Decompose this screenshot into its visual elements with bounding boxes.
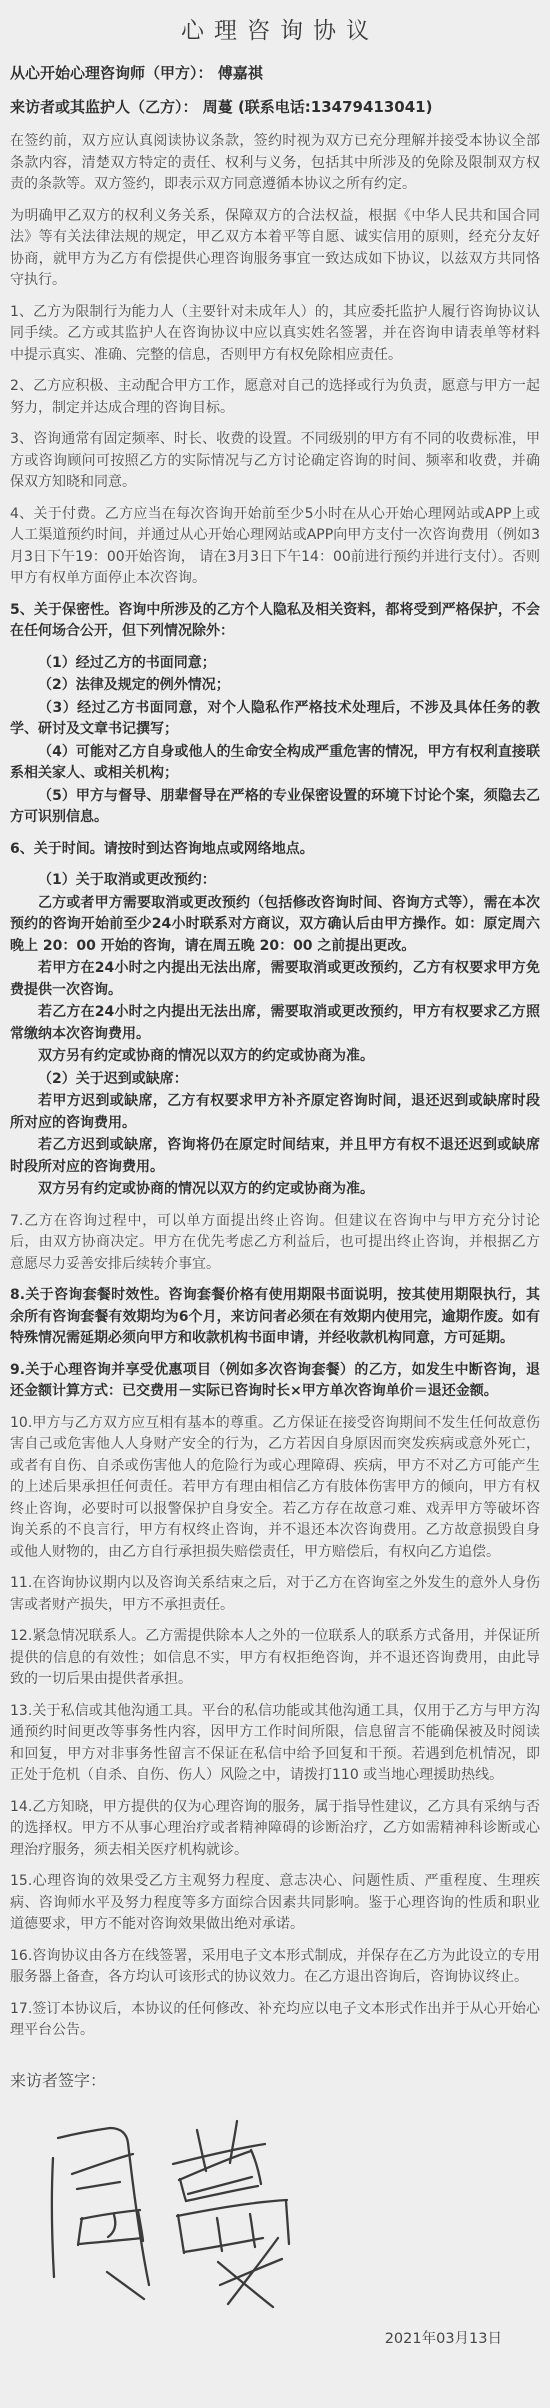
agreement-paragraph: 14.乙方知晓，甲方提供的仅为心理咨询的服务，属于指导性建议，乙方具有采纳与否的… <box>10 1797 540 1862</box>
agreement-paragraph: 10.甲方与乙方双方应互相有基本的尊重。乙方保证在接受咨询期间不发生任何故意伤害… <box>10 1413 540 1564</box>
signature-section: 来访者签字： <box>10 2068 540 2348</box>
signature-label: 来访者签字： <box>10 2068 540 2091</box>
agreement-paragraph: 为明确甲乙双方的权利义务关系，保障双方的合法权益，根据《中华人民共和国合同法》等… <box>10 206 540 292</box>
agreement-paragraph: 若甲方在24小时之内提出无法出席，需要取消或更改预约，乙方有权要求甲方免费提供一… <box>10 958 540 1001</box>
agreement-paragraph: 若乙方迟到或缺席，咨询将仍在原定时间结束，并且甲方有权不退还迟到或缺席时段所对应… <box>10 1135 540 1178</box>
agreement-paragraph: 若乙方在24小时之内提出无法出席，需要取消或更改预约，甲方有权要求乙方照常缴纳本… <box>10 1002 540 1045</box>
agreement-paragraph: 7.乙方在咨询过程中，可以单方面提出终止咨询。但建议在咨询中与甲方充分讨论后，由… <box>10 1211 540 1276</box>
agreement-paragraph: 2、乙方应积极、主动配合甲方工作，愿意对自己的选择或行为负责，愿意与甲方一起努力… <box>10 376 540 419</box>
agreement-paragraph: （1）经过乙方的书面同意； <box>10 653 540 675</box>
agreement-paragraph: 1、乙方为限制行为能力人（主要针对未成年人）的，其应委托监护人履行咨询协议认同手… <box>10 302 540 367</box>
party-b-line: 来访者或其监护人（乙方）： 周蔓 (联系电话:13479413041) <box>10 97 540 117</box>
agreement-paragraph: 6、关于时间。请按时到达咨询地点或网络地点。 <box>10 839 540 861</box>
page-title: 心理咨询协议 <box>10 12 540 45</box>
agreement-paragraph: 15.心理咨询的效果受乙方主观努力程度、意志决心、问题性质、严重程度、生理疾病、… <box>10 1871 540 1936</box>
agreement-paragraph: 3、咨询通常有固定频率、时长、收费的设置。不同级别的甲方有不同的收费标准，甲方或… <box>10 429 540 494</box>
agreement-paragraph: 在签约前，双方应认真阅读协议条款，签约时视为双方已充分理解并接受本协议全部条款内… <box>10 131 540 196</box>
agreement-paragraph: （2）关于迟到或缺席： <box>10 1069 540 1091</box>
agreement-document: 心理咨询协议 从心开始心理咨询师（甲方）： 傅嘉祺 来访者或其监护人（乙方）： … <box>0 0 550 2408</box>
agreement-paragraph: 若甲方迟到或缺席，乙方有权要求甲方补齐原定咨询时间，退还迟到或缺席时段所对应的咨… <box>10 1091 540 1134</box>
agreement-paragraph: 16.咨询协议由各方在线签署，采用电子文本形式制成，并保存在乙方为此设立的专用服… <box>10 1946 540 1989</box>
agreement-paragraph: 9.关于心理咨询并享受优惠项目（例如多次咨询套餐）的乙方，如发生中断咨询，退还金… <box>10 1360 540 1403</box>
agreement-body: 在签约前，双方应认真阅读协议条款，签约时视为双方已充分理解并接受本协议全部条款内… <box>10 131 540 2042</box>
signature-drawing <box>30 2101 292 2313</box>
agreement-paragraph: 11.在咨询协议期内以及咨询关系结束之后，对于乙方在咨询室之外发生的意外人身伤害… <box>10 1573 540 1616</box>
agreement-paragraph: （4）可能对乙方自身或他人的生命安全构成严重危害的情况，甲方有权利直接联系相关家… <box>10 742 540 785</box>
agreement-paragraph: （3）经过乙方书面同意，对个人隐私作严格技术处理后，不涉及具体任务的教学、研讨及… <box>10 698 540 741</box>
agreement-paragraph: 乙方或者甲方需要取消或更改预约（包括修改咨询时间、咨询方式等），需在本次预约的咨… <box>10 893 540 958</box>
signature-date: 2021年03月13日 <box>10 2327 502 2348</box>
agreement-paragraph: 双方另有约定或协商的情况以双方的约定或协商为准。 <box>10 1046 540 1068</box>
party-a-line: 从心开始心理咨询师（甲方）： 傅嘉祺 <box>10 63 540 83</box>
agreement-paragraph: 5、关于保密性。咨询中所涉及的乙方个人隐私及相关资料，都将受到严格保护，不会在任… <box>10 600 540 643</box>
agreement-paragraph: 8.关于咨询套餐时效性。咨询套餐价格有使用期限书面说明，按其使用期限执行，其余所… <box>10 1285 540 1350</box>
agreement-paragraph: （2）法律及规定的例外情况； <box>10 675 540 697</box>
agreement-paragraph: 4、关于付费。乙方应当在每次咨询开始前至少5小时在从心开始心理网站或APP上或人… <box>10 504 540 590</box>
agreement-paragraph: 17.签订本协议后，本协议的任何修改、补充均应以电子文本形式作出并于从心开始心理… <box>10 1999 540 2042</box>
agreement-paragraph: 12.紧急情况联系人。乙方需提供除本人之外的一位联系人的联系方式备用，并保证所提… <box>10 1626 540 1691</box>
agreement-paragraph: 双方另有约定或协商的情况以双方的约定或协商为准。 <box>10 1179 540 1201</box>
agreement-paragraph: （5）甲方与督导、朋辈督导在严格的专业保密设置的环境下讨论个案，须隐去乙方可识别… <box>10 786 540 829</box>
agreement-paragraph: （1）关于取消或更改预约： <box>10 870 540 892</box>
agreement-paragraph: 13.关于私信或其他沟通工具。平台的私信功能或其他沟通工具，仅用于乙方与甲方沟通… <box>10 1701 540 1787</box>
